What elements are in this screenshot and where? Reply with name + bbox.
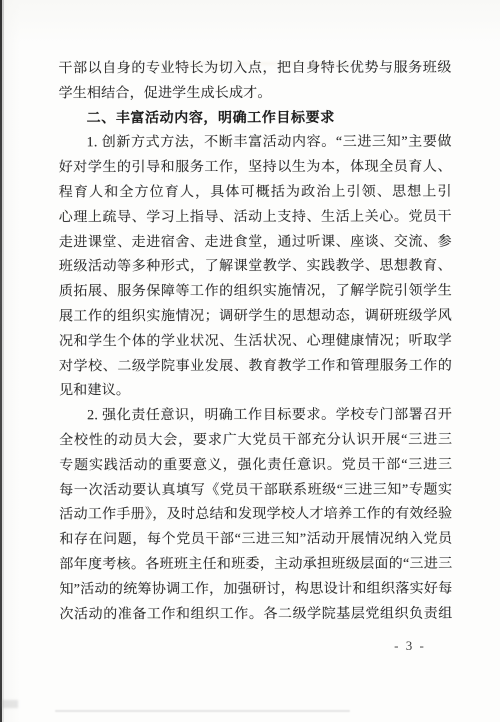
text-line: 心理上疏导、学习上指导、活动上支持、生活上关心。党员干部 (59, 205, 452, 230)
text-line: 每一次活动要认真填写《党员干部联系班级“三进三知”专题实践 (59, 478, 452, 503)
text-line: 班级活动等多种形式，了解课堂教学、实践教学、思想教育、素 (59, 255, 452, 280)
text-line: 见和建议。 (59, 379, 452, 404)
text-line: 和存在问题，每个党员干部“三进三知”活动开展情况纳入党员干 (59, 528, 452, 553)
text-line: 程育人和全方位育人，具体可概括为政治上引领、思想上引导、 (59, 181, 452, 206)
text-line: 干部以自身的专业特长为切入点，把自身特长优势与服务班级和 (59, 57, 452, 82)
scan-smudge-bottom (55, 710, 350, 712)
text-line: 对学校、二级学院事业发展、教育教学工作和管理服务工作的意 (59, 354, 452, 379)
text-line: 学生相结合，促进学生成长成才。 (59, 81, 452, 106)
page-number: - 3 - (390, 638, 430, 654)
scan-smudge-corner (2, 700, 18, 708)
text-line: 知”活动的统筹协调工作，加强研讨，构思设计和组织落实好每 (59, 577, 452, 602)
text-line: 活动工作手册》，及时总结和发现学校人才培养工作的有效经验 (59, 503, 452, 528)
document-body: 干部以自身的专业特长为切入点，把自身特长优势与服务班级和 学生相结合，促进学生成… (59, 57, 453, 628)
text-line: 1. 创新方式方法，不断丰富活动内容。“三进三知”主要做 (59, 131, 452, 156)
text-line: 走进课堂、走进宿舍、走进食堂，通过听课、座谈、交流、参加 (59, 230, 452, 255)
text-line: 全校性的动员大会，要求广大党员干部充分认识开展“三进三知” (59, 429, 452, 454)
text-line: 展工作的组织实施情况；调研学生的思想动态，调研班级学风状 (59, 305, 452, 330)
scan-edge-shadow (2, 0, 4, 722)
text-line: 况和学生个体的学业状况、生活状况、心理健康情况；听取学生 (59, 329, 452, 354)
text-line: 部年度考核。各班班主任和班委，主动承担班级层面的“三进三 (59, 553, 452, 578)
text-line: 质拓展、服务保障等工作的组织实施情况，了解学院引领学生发 (59, 280, 452, 305)
text-line: 次活动的准备工作和组织工作。各二级学院基层党组织负责组织 (59, 602, 452, 627)
text-line: 专题实践活动的重要意义，强化责任意识。党员干部“三进三知”， (59, 453, 452, 478)
document-page: 干部以自身的专业特长为切入点，把自身特长优势与服务班级和 学生相结合，促进学生成… (0, 0, 500, 722)
text-line: 好对学生的引导和服务工作，坚持以生为本，体现全员育人、全 (59, 156, 452, 181)
text-line: 二、丰富活动内容，明确工作目标要求 (59, 106, 452, 131)
text-line: 2. 强化责任意识，明确工作目标要求。学校专门部署召开 (59, 404, 452, 429)
